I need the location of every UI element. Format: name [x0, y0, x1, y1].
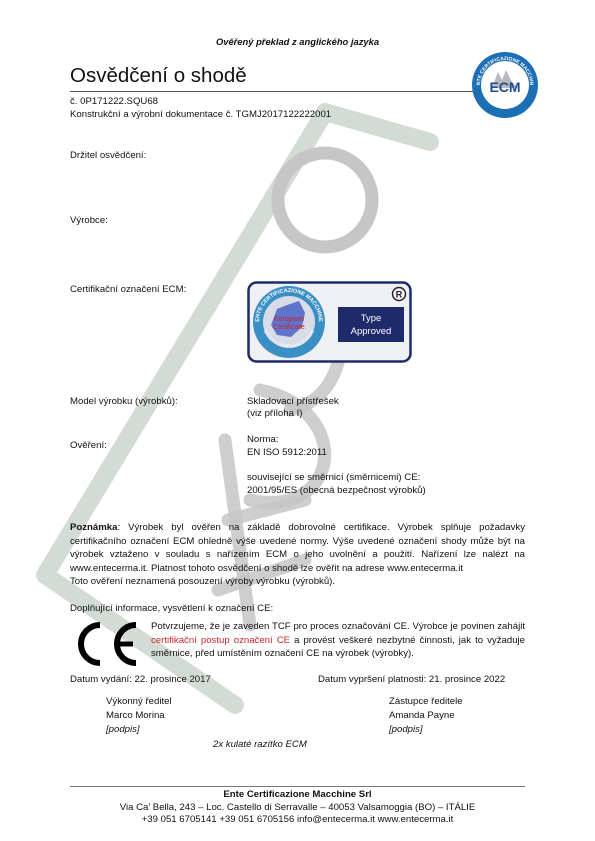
ce-explanation: Potvrzujeme, že je zaveden TCF pro proce…: [151, 620, 525, 661]
title-divider: [70, 91, 475, 92]
certificate-number: č. 0P171222.SQU68: [70, 96, 158, 108]
left-signature: [podpis]: [106, 723, 140, 737]
stamp-note: 2x kulaté razítko ECM: [213, 738, 307, 752]
page-title: Osvědčení o shodě: [70, 63, 247, 89]
svg-text:Certificate: Certificate: [273, 324, 305, 331]
right-signer-name: Amanda Payne: [389, 709, 455, 723]
ce-mark-icon: [70, 620, 140, 668]
footer-divider: [70, 786, 525, 787]
directive-value: 2001/95/ES (obecná bezpečnost výrobků): [247, 485, 426, 497]
svg-text:European: European: [274, 316, 304, 323]
ecm-mark-label: Certifikační označení ECM:: [70, 284, 186, 296]
issue-date: Datum vydání: 22. prosince 2017: [70, 674, 211, 686]
norm-value: EN ISO 5912:2011: [247, 447, 327, 459]
svg-text:R: R: [396, 290, 403, 300]
note-last-line: Toto ověření neznamená posouzení výroby …: [70, 576, 335, 588]
left-signer-role: Výkonný ředitel: [106, 695, 172, 709]
norm-label: Norma:: [247, 434, 278, 446]
model-label: Model výrobku (výrobků):: [70, 396, 178, 408]
svg-text:Type: Type: [361, 313, 382, 324]
certificate-page: Ověřený překlad z anglického jazyka Osvě…: [0, 0, 595, 841]
ce-procedure-highlight: certifikační postup označení CE: [151, 635, 290, 646]
documentation-number: Konstrukční a výrobní dokumentace č. TGM…: [70, 109, 331, 121]
directive-label: související se směrnicí (směrnicemi) CE:: [247, 472, 420, 484]
footer-address: Via Ca’ Bella, 243 – Loc. Castello di Se…: [0, 802, 595, 815]
svg-text:ECM: ECM: [489, 79, 520, 95]
svg-text:Approved: Approved: [351, 326, 392, 337]
expiry-date: Datum vypršení platnosti: 21. prosince 2…: [318, 674, 505, 686]
manufacturer-label: Výrobce:: [70, 215, 108, 227]
note-label: Poznámka: [70, 522, 117, 533]
right-signer-role: Zástupce ředitele: [389, 695, 463, 709]
footer-contacts: +39 051 6705141 +39 051 6705156 info@ent…: [0, 814, 595, 827]
ecm-seal-logo-icon: ECM ENTE CERTIFICAZIONE MACCHINE let's b…: [470, 50, 540, 120]
ce-heading: Doplňující informace, vysvětlení k označ…: [70, 603, 273, 615]
type-approved-badge-icon: European Certificate ENTE CERTIFICAZIONE…: [247, 281, 412, 363]
left-signer-name: Marco Morina: [106, 709, 165, 723]
footer-company: Ente Certificazione Macchine Srl: [0, 789, 595, 802]
holder-label: Držitel osvědčení:: [70, 150, 146, 162]
footer: Ente Certificazione Macchine Srl Via Ca’…: [0, 789, 595, 827]
right-signature: [podpis]: [389, 723, 423, 737]
translation-note: Ověřený překlad z anglického jazyka: [0, 36, 595, 47]
note-text: : Výrobek byl ověřen na základě dobrovol…: [70, 522, 525, 574]
note-paragraph: Poznámka: Výrobek byl ověřen na základě …: [70, 521, 525, 575]
model-annex: (viz příloha I): [247, 408, 302, 420]
verification-label: Ověření:: [70, 440, 107, 452]
model-value: Skladovací přístřešek: [247, 396, 339, 408]
